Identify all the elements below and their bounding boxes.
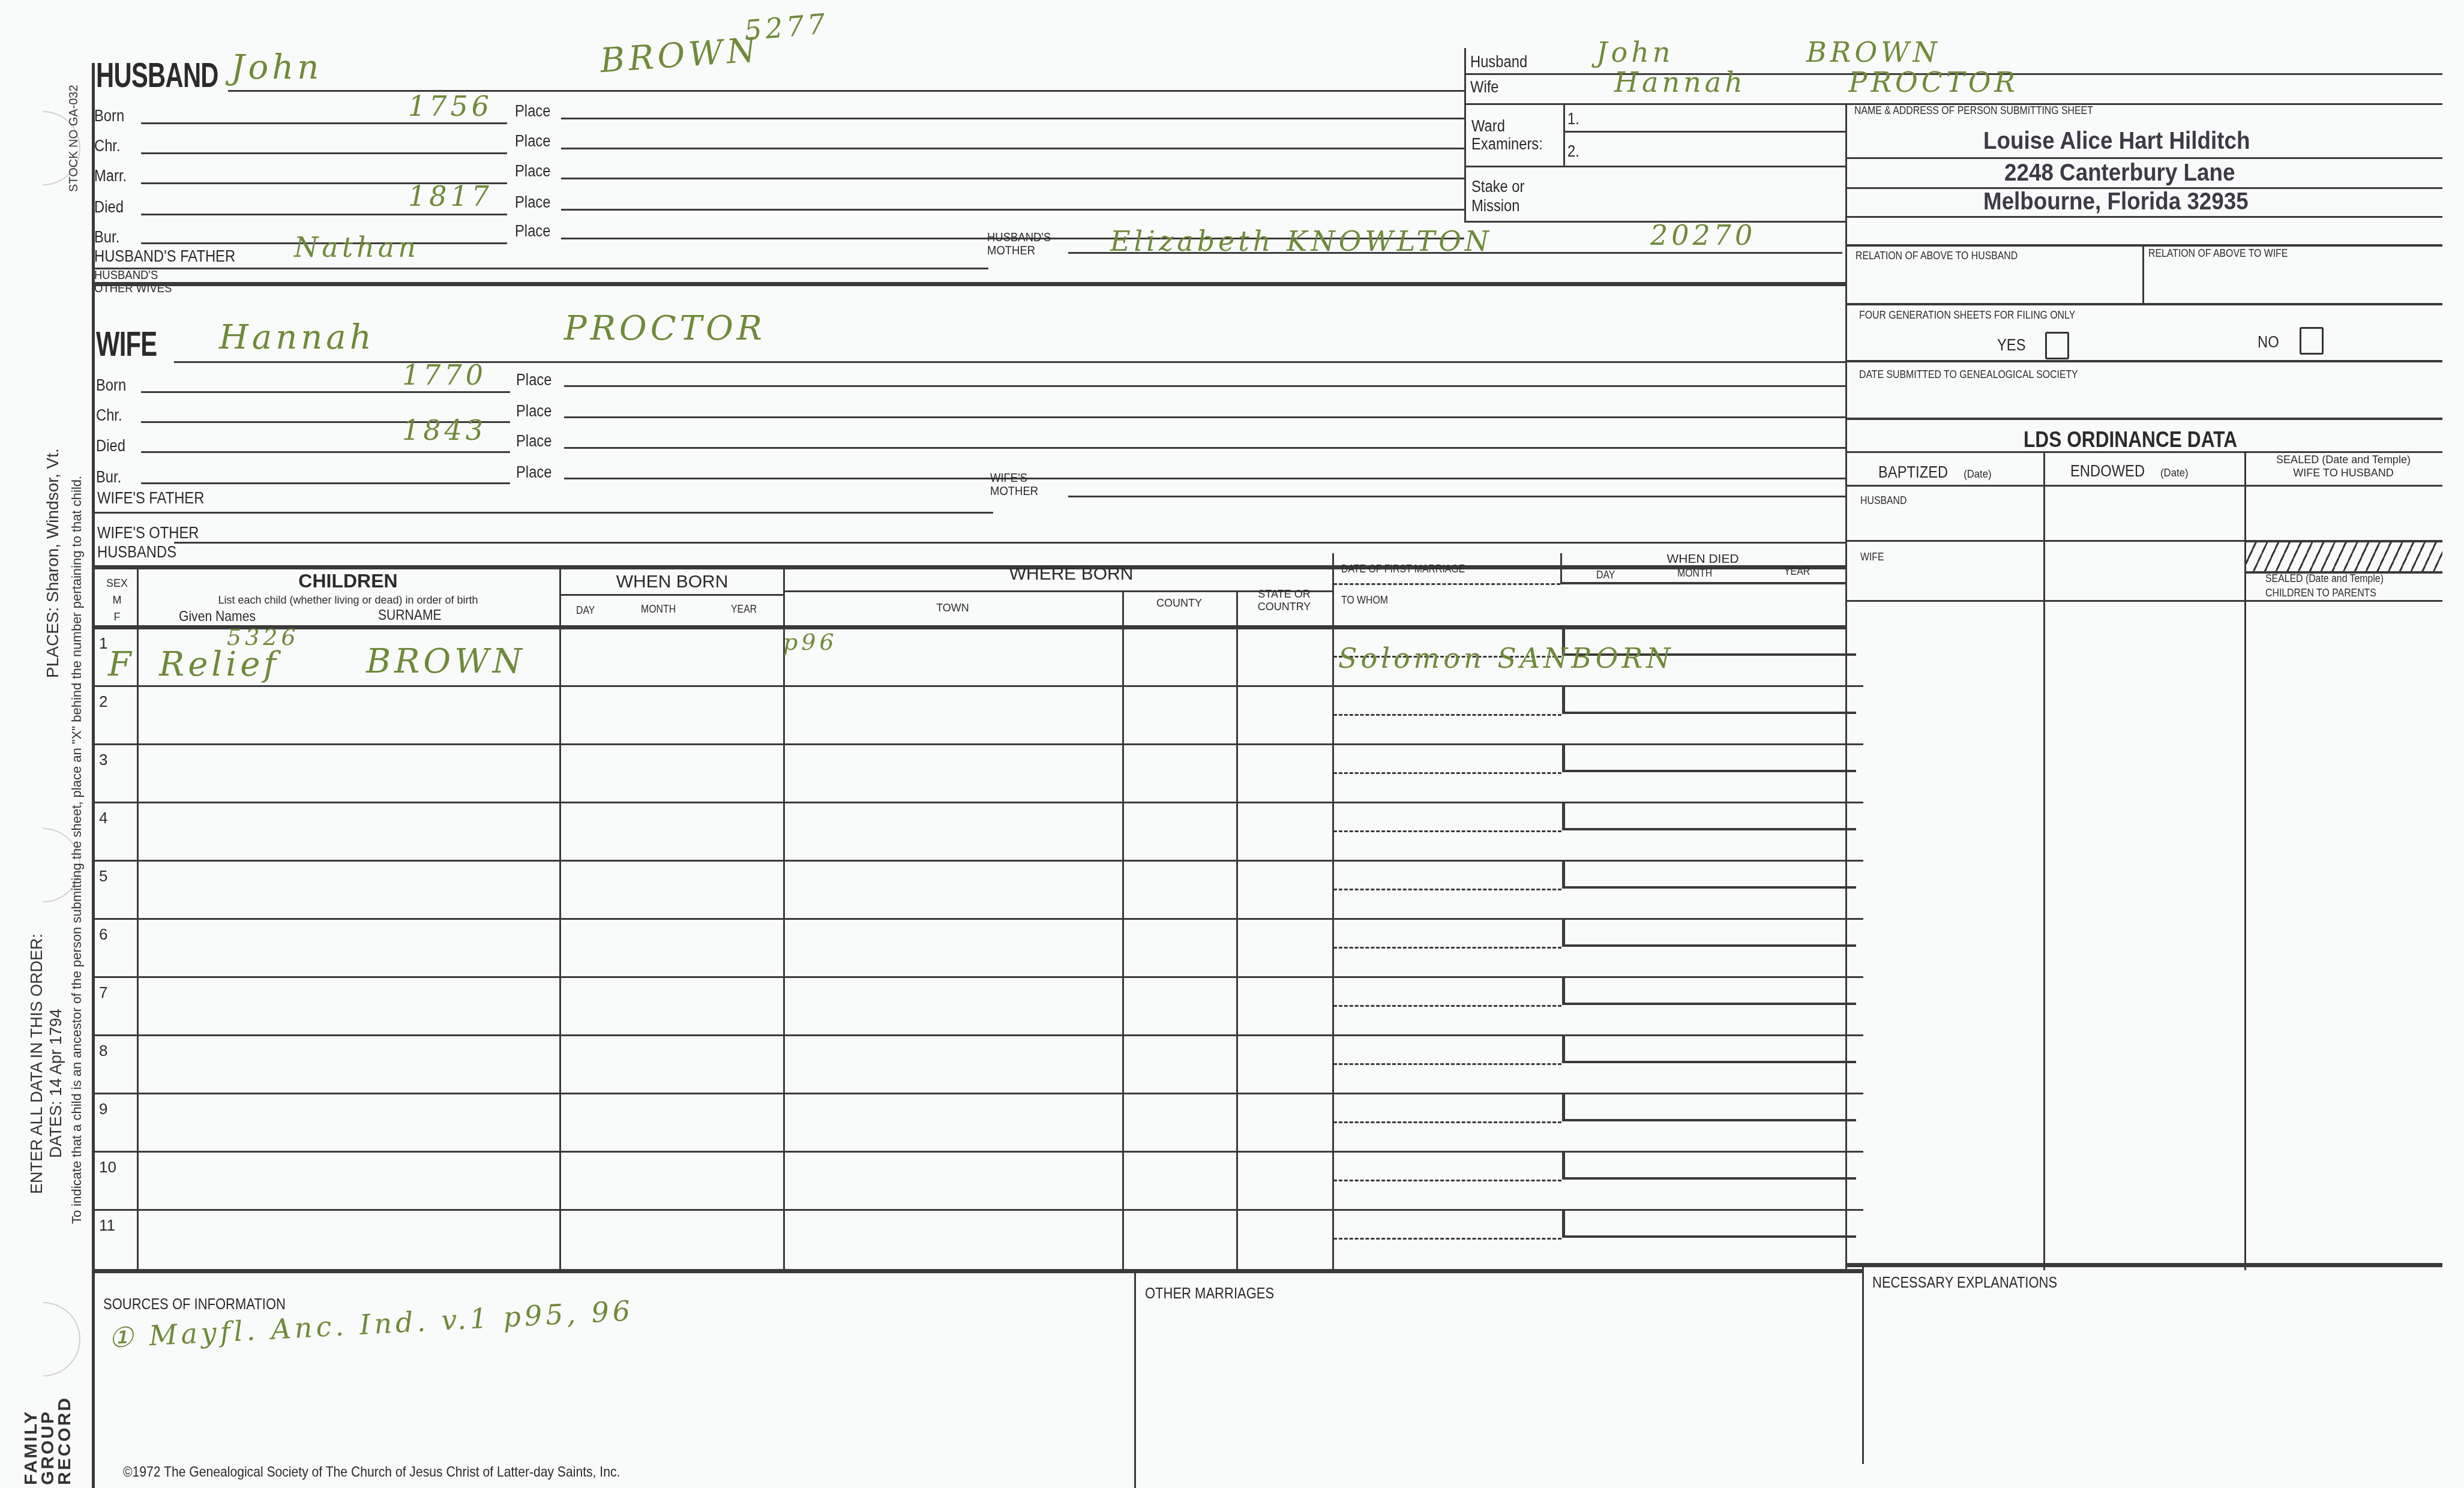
examiner-divider (1563, 103, 1565, 166)
when-died-underline (1562, 1235, 1856, 1238)
when-died-field[interactable] (1562, 1036, 1565, 1062)
wife-died-label: Died (96, 437, 125, 455)
child-1-town[interactable]: p96 (783, 629, 838, 655)
when-died-field[interactable] (1562, 977, 1565, 1004)
when-died-field[interactable] (1562, 803, 1565, 829)
wife-died-date: 1843 (402, 414, 487, 446)
examiner-2-label: 2. (1567, 142, 1579, 161)
when-died-underline (1562, 1119, 1856, 1121)
wife-born-place-field[interactable] (564, 385, 1845, 387)
lds-col-divider-1 (2043, 451, 2045, 1270)
sex-label: SEX (96, 575, 138, 592)
summary-husband-label: Husband (1470, 53, 1527, 71)
when-died-field[interactable] (1562, 861, 1565, 887)
four-gen-no-checkbox[interactable] (2300, 327, 2324, 355)
summary-wife-value: Hannah PROCTOR (1614, 66, 2019, 98)
first-marriage-date-field[interactable] (1333, 1063, 1561, 1065)
husband-mother-line (1068, 252, 1842, 254)
child-row-number: 3 (99, 751, 107, 769)
husband-died-date-field[interactable] (141, 214, 507, 215)
first-marriage-date-field[interactable] (1333, 1005, 1561, 1007)
lds-endowed-label: ENDOWED (2070, 462, 2145, 480)
husband-died-place-field[interactable] (561, 209, 1464, 211)
wife-died-place-field[interactable] (564, 447, 1845, 449)
husband-born-date: 1756 (408, 90, 493, 122)
first-marriage-date-field[interactable] (1333, 889, 1561, 890)
child-row-number: 8 (99, 1042, 107, 1060)
form-title-text: FAMILY GROUP RECORD (23, 1359, 73, 1485)
child-row-number: 9 (99, 1100, 107, 1118)
wife-bur-place-label: Place (516, 463, 551, 482)
four-generation-label: FOUR GENERATION SHEETS FOR FILING ONLY (1859, 309, 2075, 322)
wife-other-husbands-label-2: HUSBANDS (97, 543, 176, 562)
husband-chr-place-field[interactable] (561, 148, 1464, 149)
husband-father[interactable]: Nathan (294, 231, 419, 263)
lds-header-bottom (1847, 485, 2442, 487)
when-died-underline (1562, 828, 1856, 830)
wife-father-field[interactable] (93, 512, 993, 514)
when-died-field[interactable] (1562, 1094, 1565, 1120)
submitter-line-3 (1847, 216, 2442, 218)
husband-died-place-label: Place (515, 193, 550, 212)
when-died-bottom (1560, 582, 1845, 584)
husband-heading: HUSBAND (96, 55, 218, 95)
submitter-name: Louise Alice Hart Hilditch (1983, 128, 2250, 155)
wife-born-date-field[interactable] (141, 391, 510, 393)
punch-hole (0, 95, 96, 200)
when-died-underline (1562, 944, 1856, 947)
born-month-header: MONTH (641, 603, 676, 616)
col-state-divider (1332, 553, 1334, 1270)
child-1-spouse[interactable]: Solomon SANBORN (1338, 642, 1674, 674)
child-row-divider (93, 802, 1863, 803)
wife-other-husbands-field[interactable] (174, 542, 1845, 544)
husband-bur-place-label: Place (515, 222, 550, 241)
wife-given-name[interactable]: Hannah (219, 318, 375, 357)
died-year-header: YEAR (1784, 565, 1810, 578)
where-born-header: WHERE BORN (783, 564, 1359, 584)
when-died-underline (1562, 1003, 1856, 1005)
when-died-field[interactable] (1562, 745, 1565, 771)
when-died-underline (1562, 1177, 1856, 1180)
child-row-divider (93, 918, 1863, 920)
submitter-line-1 (1847, 157, 2442, 159)
wife-father-label: WIFE'S FATHER (97, 489, 204, 508)
husband-chr-date-field[interactable] (141, 152, 507, 154)
husband-died-label: Died (94, 198, 124, 217)
summary-husband-value: John BROWN (1596, 36, 1941, 68)
husband-bur-label: Bur. (94, 228, 119, 247)
husband-born-place-label: Place (515, 102, 550, 121)
child-row-number: 5 (99, 867, 107, 886)
first-marriage-date-field[interactable] (1333, 1238, 1561, 1240)
child-row-divider (93, 976, 1863, 978)
child-row-divider (93, 1151, 1863, 1153)
stake-line (1464, 221, 1845, 223)
wife-other-husbands-label-1: WIFE'S OTHER (97, 524, 199, 542)
lds-sealed-wife-1: SEALED (Date and Temple) (2247, 454, 2439, 466)
when-died-header: WHEN DIED (1560, 552, 1845, 566)
relation-divider (2142, 244, 2144, 303)
when-died-field[interactable] (1562, 1152, 1565, 1178)
lds-sealed-wife-2: WIFE TO HUSBAND (2247, 467, 2439, 479)
child-row-number: 11 (99, 1216, 115, 1235)
lds-wife-row-label: WIFE (1860, 551, 1884, 563)
submitter-label: NAME & ADDRESS OF PERSON SUBMITTING SHEE… (1854, 104, 2093, 117)
when-died-field[interactable] (1562, 919, 1565, 946)
examiner-1-field[interactable] (1563, 131, 1845, 133)
child-1-sex[interactable]: F (108, 645, 135, 684)
places-note: PLACES: Sharon, Windsor, Vt. (43, 448, 62, 678)
lds-title: LDS ORDINANCE DATA (2024, 427, 2237, 452)
other-marriages-border (1134, 1272, 1136, 1488)
stake-label-1: Stake or (1471, 178, 1524, 196)
died-month-header: MONTH (1677, 567, 1712, 580)
lds-baptized-header: BAPTIZED (Date) (1878, 463, 1992, 482)
wife-bur-date-field[interactable] (141, 482, 510, 484)
submitter-address-1: 2248 Canterbury Lane (2004, 160, 2235, 187)
died-day-header: DAY (1596, 569, 1615, 581)
wife-died-date-field[interactable] (141, 451, 510, 453)
husband-marr-label: Marr. (94, 167, 127, 185)
wife-mother-label: WIFE'S MOTHER (990, 472, 1069, 498)
child-row-number: 6 (99, 925, 107, 944)
lds-husband-row-label: HUSBAND (1860, 494, 1907, 507)
four-gen-yes-checkbox[interactable] (2045, 332, 2069, 359)
born-year-header: YEAR (731, 603, 757, 616)
lds-endowed-header: ENDOWED (Date) (2070, 462, 2189, 481)
necessary-explanations-label: NECESSARY EXPLANATIONS (1872, 1274, 2057, 1292)
husband-mother-number: 20270 (1650, 219, 1756, 251)
when-died-underline (1562, 770, 1856, 772)
col-county-divider (1236, 590, 1238, 1270)
sources-label: SOURCES OF INFORMATION (103, 1296, 286, 1313)
relation-top-line (1847, 244, 2442, 247)
state-header-1: STATE OR (1236, 588, 1332, 601)
child-row-divider (93, 743, 1863, 745)
wife-chr-label: Chr. (96, 406, 122, 425)
child-row-divider (93, 860, 1863, 862)
four-gen-bottom-line (1847, 360, 2442, 362)
lds-wife-row-bottom (1847, 600, 2442, 602)
ward-label-2: Examiners: (1471, 135, 1543, 154)
sex-f-label: F (96, 608, 138, 625)
wife-born-date: 1770 (402, 359, 487, 391)
wife-heading: WIFE (96, 324, 157, 364)
husband-died-date: 1817 (408, 180, 493, 212)
first-marriage-date-field[interactable] (1333, 947, 1561, 949)
examiner-1-label: 1. (1567, 110, 1579, 128)
lds-baptized-label: BAPTIZED (1878, 463, 1948, 481)
child-row-divider (93, 1093, 1863, 1094)
right-table-bottom (1847, 1263, 2442, 1267)
given-names-header: Given Names (179, 608, 256, 625)
child-row-number: 7 (99, 983, 107, 1002)
first-marriage-date-field[interactable] (1333, 830, 1561, 832)
four-gen-no-label: NO (2258, 333, 2279, 352)
child-ancestor-instruction: To indicate that a child is an ancestor … (69, 476, 85, 1224)
first-marriage-date-field[interactable] (1333, 772, 1561, 774)
children-header-bottom (93, 625, 1845, 629)
when-died-underline (1562, 712, 1856, 714)
husband-father-line (94, 268, 988, 269)
when-born-divider (561, 594, 783, 596)
first-marriage-dash (1333, 583, 1560, 585)
wife-chr-place-field[interactable] (564, 416, 1845, 418)
children-subheader: List each child (whether living or dead)… (138, 594, 558, 607)
lds-sealed-children-2: CHILDREN TO PARENTS (2265, 587, 2376, 599)
wife-died-place-label: Place (516, 432, 551, 451)
wife-chr-place-label: Place (516, 402, 551, 421)
child-row-number: 4 (99, 809, 107, 827)
dates-note: DATES: 14 Apr 1794 (47, 1009, 65, 1158)
when-died-underline (1562, 1061, 1856, 1063)
when-died-left (1560, 553, 1562, 583)
col-town-divider (1122, 590, 1124, 1270)
copyright-notice: ©1972 The Genealogical Society of The Ch… (123, 1464, 620, 1481)
child-row-divider (93, 1034, 1863, 1036)
child-1-given[interactable]: Relief (159, 645, 280, 684)
child-row-divider (93, 685, 1863, 687)
county-header: COUNTY (1122, 597, 1236, 610)
lds-baptized-date-hint: (Date) (1964, 468, 1991, 481)
record-number: 5277 (743, 7, 830, 47)
examiner-2-line (1464, 166, 1845, 167)
when-died-field[interactable] (1562, 686, 1565, 713)
when-died-underline (1562, 886, 1856, 889)
wife-born-label: Born (96, 376, 126, 395)
state-header-2: COUNTRY (1236, 601, 1332, 613)
child-row-number: 1 (99, 634, 107, 653)
lds-sealed-children-1: SEALED (Date and Temple) (2265, 572, 2384, 585)
husband-chr-place-label: Place (515, 132, 550, 151)
necessary-explanations-border (1862, 1266, 1864, 1464)
husband-chr-label: Chr. (94, 137, 121, 155)
born-day-header: DAY (576, 604, 595, 617)
stake-label-2: Mission (1471, 197, 1520, 215)
surname-header: SURNAME (378, 607, 442, 624)
date-submitted-bottom-line (1847, 418, 2442, 420)
enter-order-note: ENTER ALL DATA IN THIS ORDER: (28, 934, 46, 1194)
wife-bur-label: Bur. (96, 468, 121, 487)
children-table-bottom (93, 1269, 1863, 1273)
submitter-address-2: Melbourne, Florida 32935 (1983, 188, 2249, 215)
child-1-surname[interactable]: BROWN (366, 642, 526, 681)
wife-born-place-label: Place (516, 371, 551, 389)
lds-col-divider-2 (2244, 451, 2246, 1270)
husband-marr-place-label: Place (515, 162, 550, 181)
first-marriage-date-field[interactable] (1333, 714, 1561, 716)
summary-wife-label: Wife (1470, 78, 1499, 97)
husband-born-place-field[interactable] (561, 118, 1464, 119)
ward-label-1: Ward (1471, 117, 1505, 136)
husband-marr-place-field[interactable] (561, 178, 1464, 179)
lds-header-top (1847, 451, 2442, 453)
child-row-number: 10 (99, 1158, 116, 1177)
date-submitted-label: DATE SUBMITTED TO GENEALOGICAL SOCIETY (1859, 368, 2078, 381)
husband-father-label: HUSBAND'S FATHER (94, 247, 235, 266)
husband-section-divider (93, 282, 1845, 286)
children-header: CHILDREN (138, 570, 558, 592)
form-title: FAMILY GROUP RECORD (23, 1359, 73, 1485)
other-marriages-label: OTHER MARRIAGES (1145, 1285, 1274, 1303)
lds-hatched-cell (2246, 540, 2442, 574)
four-gen-yes-label: YES (1997, 336, 2026, 355)
wife-mother-field[interactable] (1068, 496, 1845, 497)
when-died-field[interactable] (1562, 1210, 1565, 1237)
wife-surname[interactable]: PROCTOR (564, 309, 766, 348)
relation-wife-label: RELATION OF ABOVE TO WIFE (2148, 247, 2288, 260)
child-row-number: 2 (99, 692, 107, 711)
husband-born-label: Born (94, 107, 124, 125)
lds-endowed-date-hint: (Date) (2160, 467, 2188, 479)
child-row-divider (93, 1209, 1863, 1211)
husband-surname[interactable]: BROWN (599, 31, 761, 80)
husband-born-date-field[interactable] (141, 122, 507, 124)
first-marriage-header: DATE OF FIRST MARRIAGE (1341, 563, 1465, 575)
town-header: TOWN (783, 602, 1122, 614)
to-whom-header: TO WHOM (1341, 594, 1388, 607)
relation-husband-label: RELATION OF ABOVE TO HUSBAND (1856, 250, 2018, 262)
stock-number: STOCK NO GA-032 (67, 85, 81, 192)
sex-m-label: M (96, 592, 138, 608)
when-born-header: WHEN BORN (561, 572, 783, 592)
wife-bur-place-field[interactable] (564, 478, 1845, 479)
sex-header: SEX M F (96, 575, 138, 625)
first-marriage-date-field[interactable] (1333, 1180, 1561, 1181)
husband-given-name[interactable]: John (231, 48, 322, 87)
relation-bottom-line (1847, 303, 2442, 305)
first-marriage-date-field[interactable] (1333, 1121, 1561, 1123)
